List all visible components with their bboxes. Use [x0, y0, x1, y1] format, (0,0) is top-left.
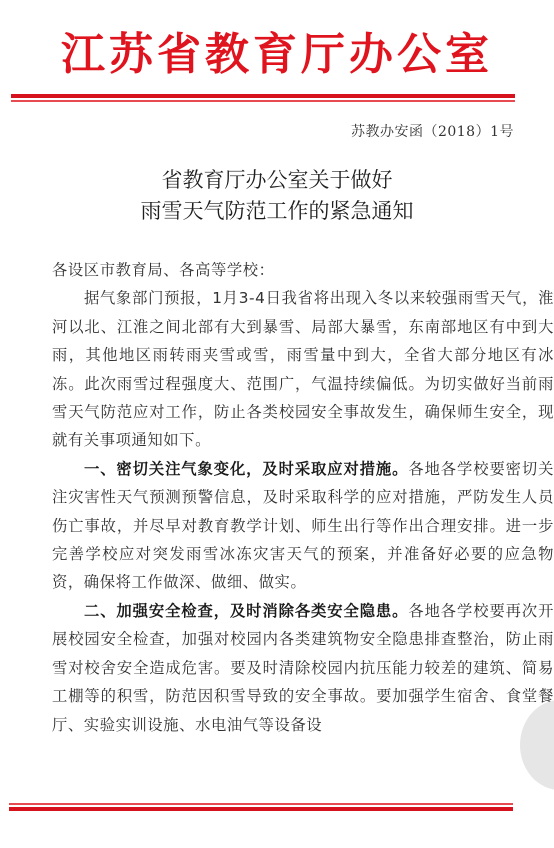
header-divider [11, 94, 515, 103]
section-1-text: 各地各学校要密切关注灾害性天气预测预警信息，及时采取科学的应对措施，严防发生人员… [52, 460, 554, 592]
document-number: 苏教办安函（2018）1号 [351, 121, 514, 141]
footer-divider [9, 803, 513, 813]
paragraph-section-1: 一、密切关注气象变化，及时采取应对措施。各地各学校要密切关注灾害性天气预测预警信… [52, 455, 554, 597]
section-1-heading: 一、密切关注气象变化，及时采取应对措施。 [84, 460, 408, 478]
section-2-text: 各地各学校要再次开展校园安全检查，加强对校园内各类建筑物安全隐患排查整治，防止雨… [52, 602, 554, 734]
document-title: 省教育厅办公室关于做好 雨雪天气防范工作的紧急通知 [0, 165, 554, 227]
paragraph-intro: 据气象部门预报，1月3-4日我省将出现入冬以来较强雨雪天气，淮河以北、江淮之间北… [52, 284, 554, 454]
title-line-1: 省教育厅办公室关于做好 [0, 165, 554, 196]
paragraph-section-2: 二、加强安全检查，及时消除各类安全隐患。各地各学校要再次开展校园安全检查，加强对… [52, 597, 554, 739]
letterhead-title: 江苏省教育厅办公室 [0, 30, 554, 80]
divider-thin-line [11, 100, 515, 102]
title-line-2: 雨雪天气防范工作的紧急通知 [0, 196, 554, 227]
divider-thin-line [9, 803, 513, 805]
salutation: 各设区市教育局、各高等学校： [52, 256, 554, 284]
divider-thick-line [9, 807, 513, 811]
document-body: 各设区市教育局、各高等学校： 据气象部门预报，1月3-4日我省将出现入冬以来较强… [52, 256, 554, 739]
divider-thick-line [11, 94, 515, 98]
section-2-heading: 二、加强安全检查，及时消除各类安全隐患。 [84, 602, 408, 620]
